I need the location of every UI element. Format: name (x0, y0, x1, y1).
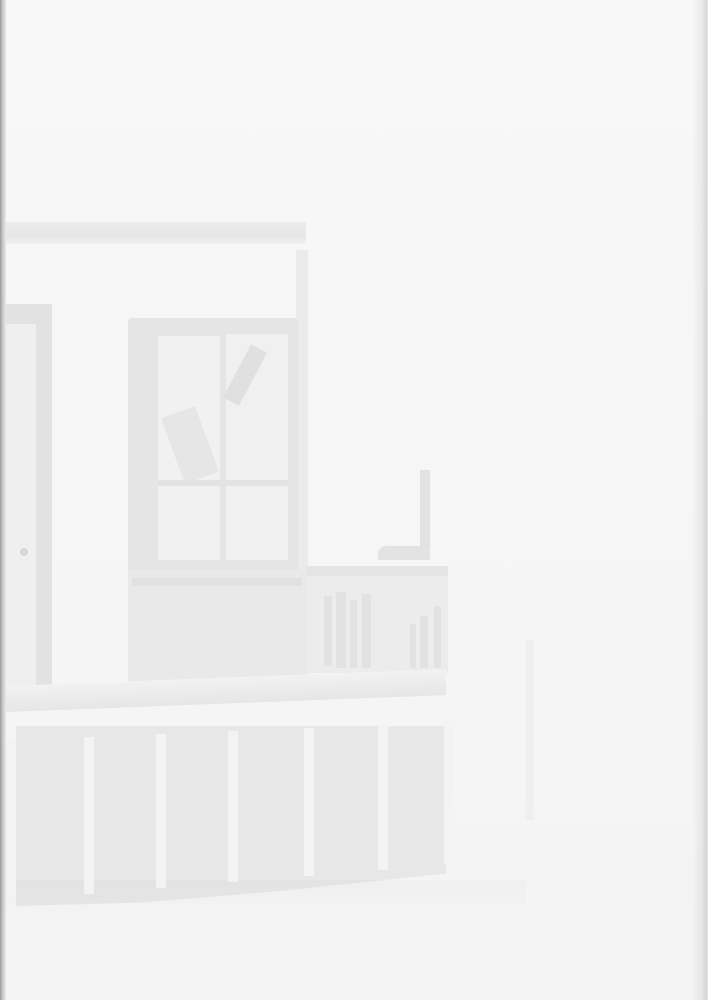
cabinet-ledge (132, 578, 302, 586)
baluster (6, 740, 16, 900)
book-spine (434, 606, 441, 668)
door-knob (20, 548, 28, 556)
baluster (378, 725, 388, 870)
interior-photo (6, 0, 526, 920)
book-spine (350, 600, 357, 668)
wall-shadow (526, 640, 534, 820)
baluster (84, 737, 94, 894)
lamp-base (378, 546, 430, 560)
baluster (444, 722, 454, 864)
book-spine (362, 594, 371, 668)
baluster (156, 734, 166, 888)
door-panel (6, 324, 36, 699)
bookshelf-top (306, 566, 448, 576)
lamp-stem (420, 470, 430, 550)
book-spine (324, 596, 332, 666)
baluster (228, 731, 238, 882)
page-edge-shadow (692, 0, 714, 1000)
ceiling-moulding (6, 222, 306, 244)
book-spine (336, 592, 346, 668)
book-spine (420, 616, 428, 668)
baluster (304, 728, 314, 876)
book-spine (410, 624, 416, 668)
cabinet-shelf (158, 480, 288, 486)
scanned-page (0, 0, 714, 1000)
cabinet-base (128, 570, 306, 690)
